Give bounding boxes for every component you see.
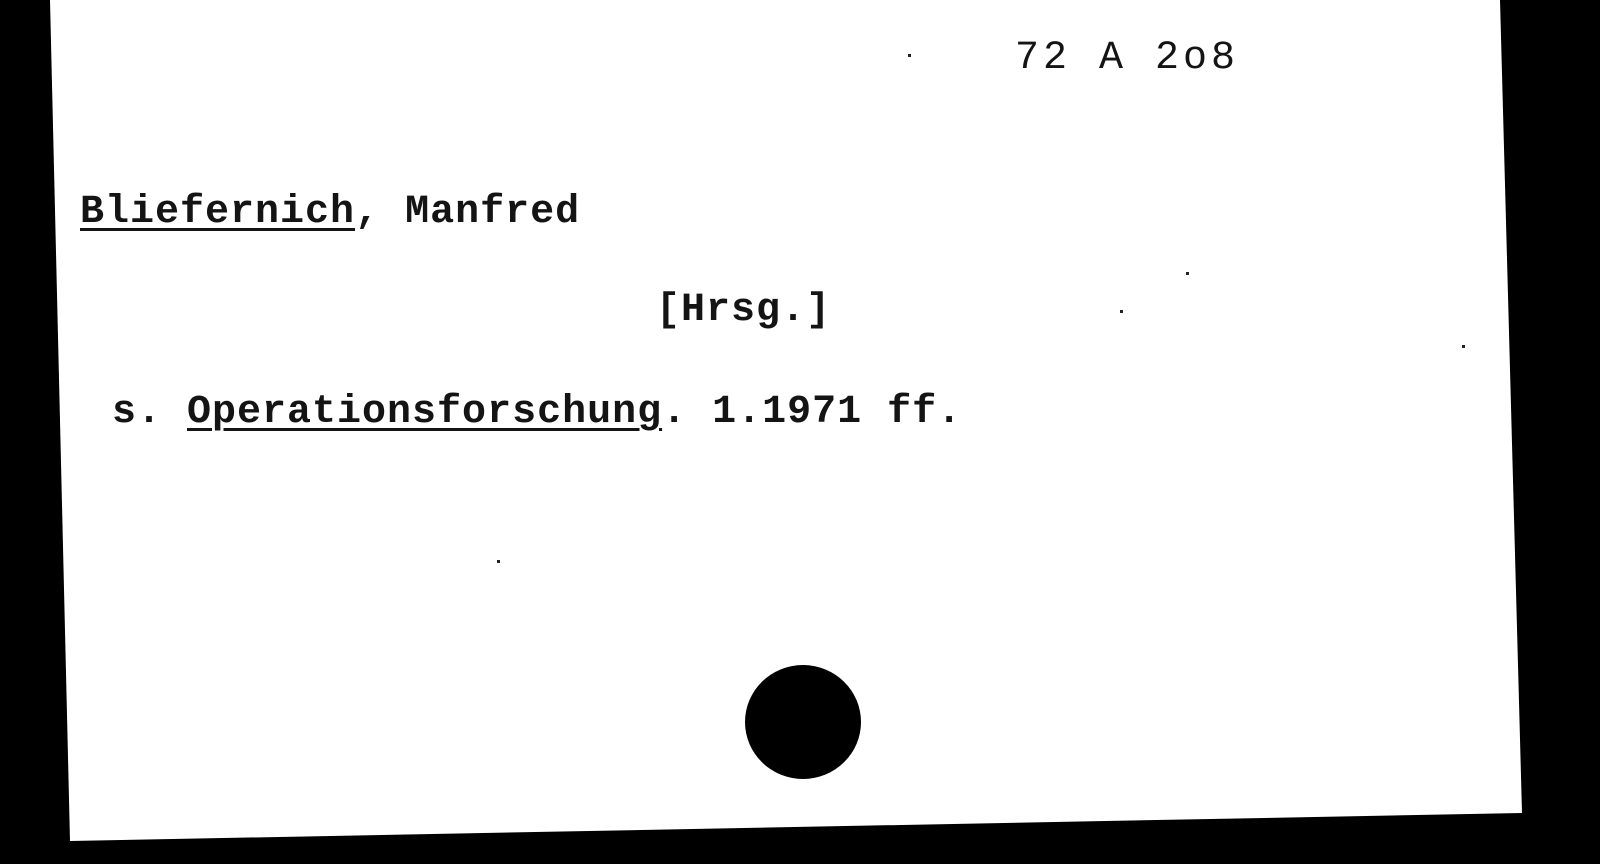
- punch-hole: [745, 665, 861, 779]
- author-separator: ,: [355, 190, 380, 235]
- speck: [497, 560, 500, 563]
- speck: [1186, 272, 1189, 275]
- call-number: 72 A 2o8: [1015, 36, 1239, 81]
- speck: [1120, 310, 1123, 313]
- author-given-name: Manfred: [380, 190, 580, 235]
- author-heading: Bliefernich, Manfred: [80, 190, 580, 235]
- see-title: Operationsforschung: [187, 390, 662, 435]
- see-reference: s. Operationsforschung. 1.1971 ff.: [112, 390, 962, 435]
- editor-role: [Hrsg.]: [656, 288, 831, 333]
- author-surname: Bliefernich: [80, 190, 355, 235]
- see-prefix: s.: [112, 390, 187, 435]
- speck: [1462, 345, 1465, 348]
- see-suffix: . 1.1971 ff.: [662, 390, 962, 435]
- speck: [908, 54, 911, 57]
